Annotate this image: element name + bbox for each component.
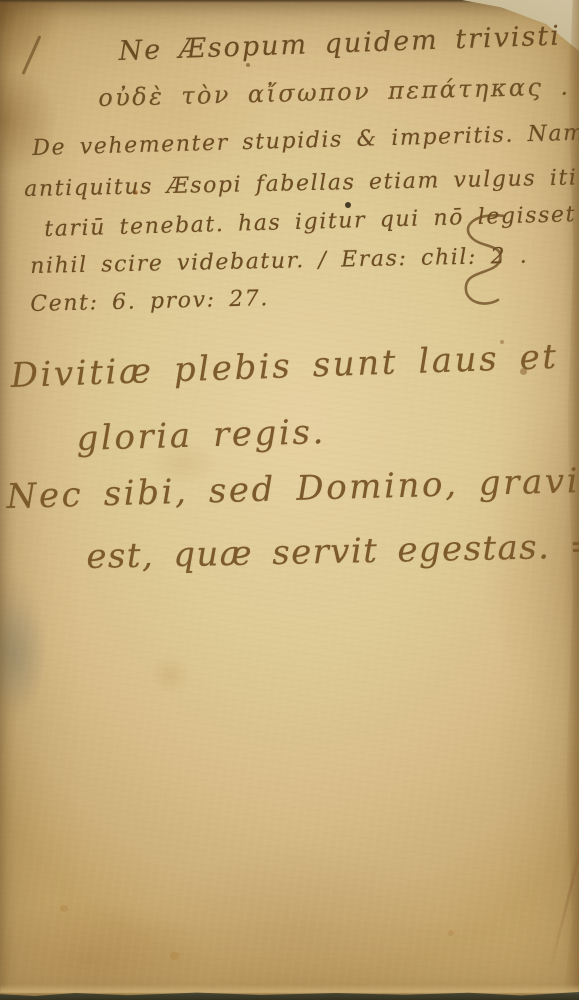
verse-line: gloria regis. [76,412,326,459]
fox-speck [170,952,179,960]
fox-speck [448,930,454,936]
pen-flourish [446,212,518,324]
ink-speck [246,63,250,67]
fox-speck [60,905,68,912]
faint-stain [150,655,190,695]
bottom-worn-band [0,984,579,993]
manuscript-page: Ne Æsopum quidem trivisti . οὐδὲ τὸν αἴσ… [0,0,579,1000]
ink-speck [345,202,351,208]
